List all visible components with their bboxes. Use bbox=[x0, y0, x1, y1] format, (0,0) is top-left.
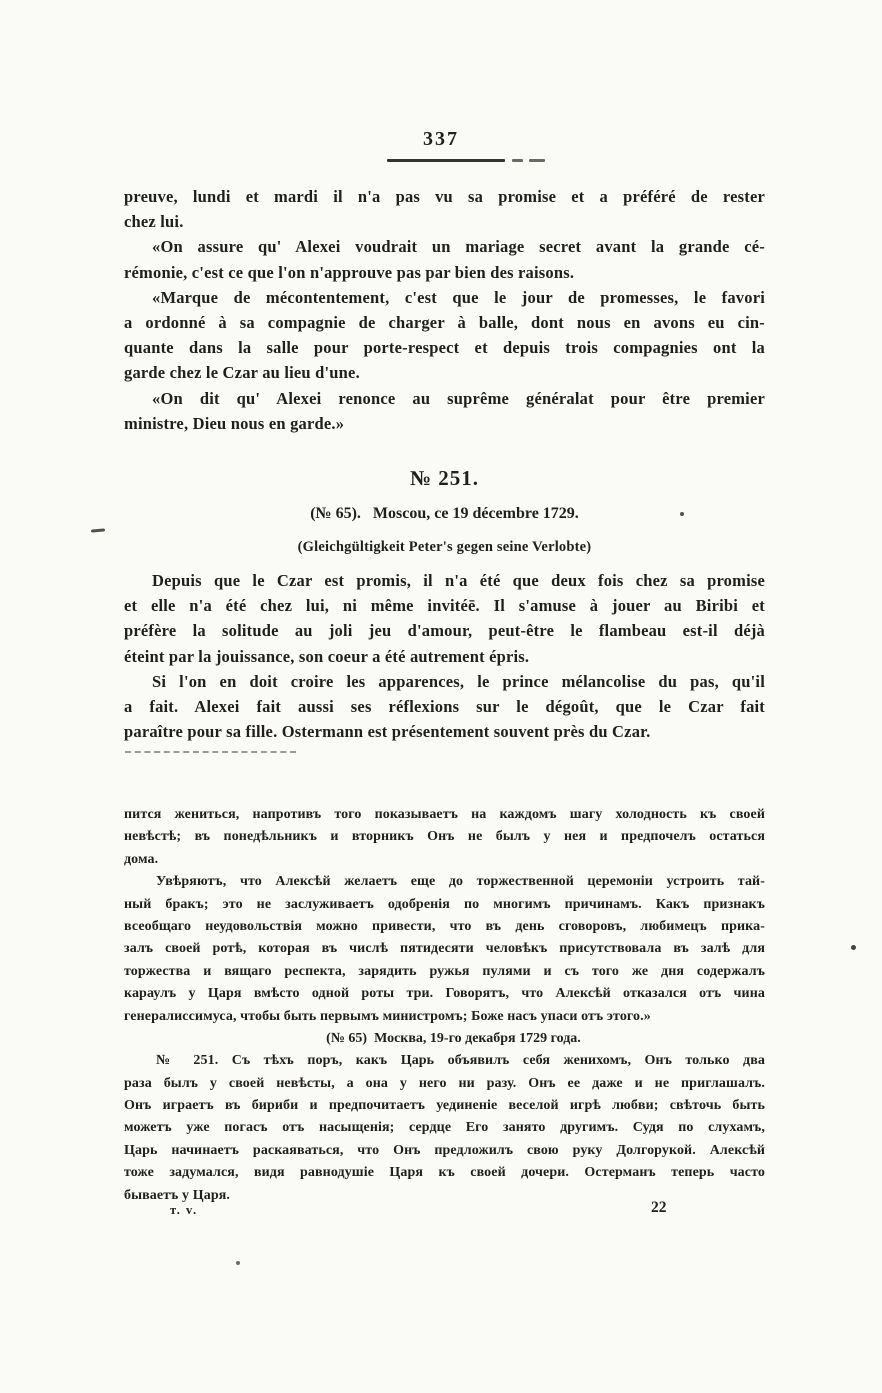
document-subtitle: (Gleichgültigkeit Peter's gegen seine Ve… bbox=[124, 539, 765, 556]
text-line: дома. bbox=[124, 849, 765, 871]
text-line: quante dans la salle pour porte-respect … bbox=[124, 335, 765, 360]
scan-artifact-dot bbox=[236, 1261, 240, 1265]
text-line: Si l'on en doit croire les apparences, l… bbox=[124, 669, 765, 694]
volume-signature: т. v. bbox=[170, 1203, 198, 1218]
text-line: chez lui. bbox=[124, 209, 765, 234]
paragraph: «On dit qu' Alexei renonce au suprême gé… bbox=[124, 386, 765, 436]
text-line: можетъ уже погасъ отъ насыщенія; сердце … bbox=[124, 1117, 765, 1139]
book-page: 337 preuve, lundi et mardi il n'a pas vu… bbox=[0, 0, 882, 1393]
french-letter-body: Depuis que le Czar est promis, il n'a ét… bbox=[124, 568, 765, 744]
text-line: генералиссимуса, чтобы быть первымъ мини… bbox=[124, 1006, 765, 1028]
text-line: Онъ играетъ въ бириби и предпочитаетъ уе… bbox=[124, 1095, 765, 1117]
text-line: garde chez le Czar au lieu d'une. bbox=[124, 360, 765, 385]
text-line: бываетъ у Царя. bbox=[124, 1185, 765, 1207]
sheet-number: 22 bbox=[651, 1199, 667, 1217]
text-line: караулъ у Царя вмѣсто одной роты три. Го… bbox=[124, 983, 765, 1005]
text-line: préfère la solitude au joli jeu d'amour,… bbox=[124, 618, 765, 643]
paragraph: Depuis que le Czar est promis, il n'a ét… bbox=[124, 568, 765, 669]
page-number-rule bbox=[387, 159, 545, 162]
russian-footnote: пится жениться, напротивъ того показывае… bbox=[124, 804, 765, 1207]
text-line: Царь начинаетъ раскаяваться, что Онъ пре… bbox=[124, 1140, 765, 1162]
paragraph: пится жениться, напротивъ того показывае… bbox=[124, 804, 765, 871]
text-line: ministre, Dieu nous en garde.» bbox=[124, 411, 765, 436]
text-line: тоже задумался, видя равнодушіе Царя къ … bbox=[124, 1162, 765, 1184]
text-line: a fait. Alexei fait aussi ses réflexions… bbox=[124, 694, 765, 719]
text-line: preuve, lundi et mardi il n'a pas vu sa … bbox=[124, 184, 765, 209]
paragraph: «Marque de mécontentement, c'est que le … bbox=[124, 285, 765, 386]
text-line: «On assure qu' Alexei voudrait un mariag… bbox=[124, 234, 765, 259]
text-line: залъ своей ротѣ, которая въ числѣ пятиде… bbox=[124, 938, 765, 960]
footnote-dateline: (№ 65) Москва, 19-го декабря 1729 года. bbox=[124, 1028, 765, 1050]
text-line: rémonie, c'est ce que l'on n'approuve pa… bbox=[124, 260, 765, 285]
footnote-part-2: № 251. Съ тѣхъ поръ, какъ Царь объявилъ … bbox=[124, 1050, 765, 1207]
text-line: «On dit qu' Alexei renonce au suprême gé… bbox=[124, 386, 765, 411]
document-number-heading: № 251. bbox=[124, 466, 765, 491]
text-line: Увѣряютъ, что Алексѣй желаетъ еще до тор… bbox=[124, 871, 765, 893]
scan-artifact-dash bbox=[91, 528, 105, 532]
text-line: № 251. Съ тѣхъ поръ, какъ Царь объявилъ … bbox=[124, 1050, 765, 1072]
scan-artifact-dot bbox=[680, 512, 684, 516]
text-line: невѣстѣ; въ понедѣльникъ и вторникъ Онъ … bbox=[124, 826, 765, 848]
text-line: пится жениться, напротивъ того показывае… bbox=[124, 804, 765, 826]
paragraph: «On assure qu' Alexei voudrait un mariag… bbox=[124, 234, 765, 284]
text-line: paraître pour sa fille. Ostermann est pr… bbox=[124, 719, 765, 744]
footnote-part-1: пится жениться, напротивъ того показывае… bbox=[124, 804, 765, 1028]
paragraph: Si l'on en doit croire les apparences, l… bbox=[124, 669, 765, 745]
text-line: et elle n'a été chez lui, ni même invité… bbox=[124, 593, 765, 618]
footnote-separator bbox=[125, 751, 296, 753]
page-number: 337 bbox=[0, 128, 882, 151]
paragraph: preuve, lundi et mardi il n'a pas vu sa … bbox=[124, 184, 765, 234]
text-line: всеобщаго неудовольствія можно привести,… bbox=[124, 916, 765, 938]
text-line: éteint par la jouissance, son coeur a ét… bbox=[124, 644, 765, 669]
text-line: Depuis que le Czar est promis, il n'a ét… bbox=[124, 568, 765, 593]
text-line: раза былъ у своей невѣсты, а она у него … bbox=[124, 1073, 765, 1095]
text-line: ный бракъ; это не заслуживаетъ одобренія… bbox=[124, 894, 765, 916]
document-dateline: (№ 65). Moscou, ce 19 décembre 1729. bbox=[124, 505, 765, 523]
text-line: «Marque de mécontentement, c'est que le … bbox=[124, 285, 765, 310]
french-letter-continuation: preuve, lundi et mardi il n'a pas vu sa … bbox=[124, 184, 765, 436]
paragraph: № 251. Съ тѣхъ поръ, какъ Царь объявилъ … bbox=[124, 1050, 765, 1207]
text-line: a ordonné à sa compagnie de charger à ba… bbox=[124, 310, 765, 335]
text-line: торжества и вящаго респекта, зарядить ру… bbox=[124, 961, 765, 983]
paragraph: Увѣряютъ, что Алексѣй желаетъ еще до тор… bbox=[124, 871, 765, 1028]
scan-artifact-dot bbox=[851, 945, 856, 950]
